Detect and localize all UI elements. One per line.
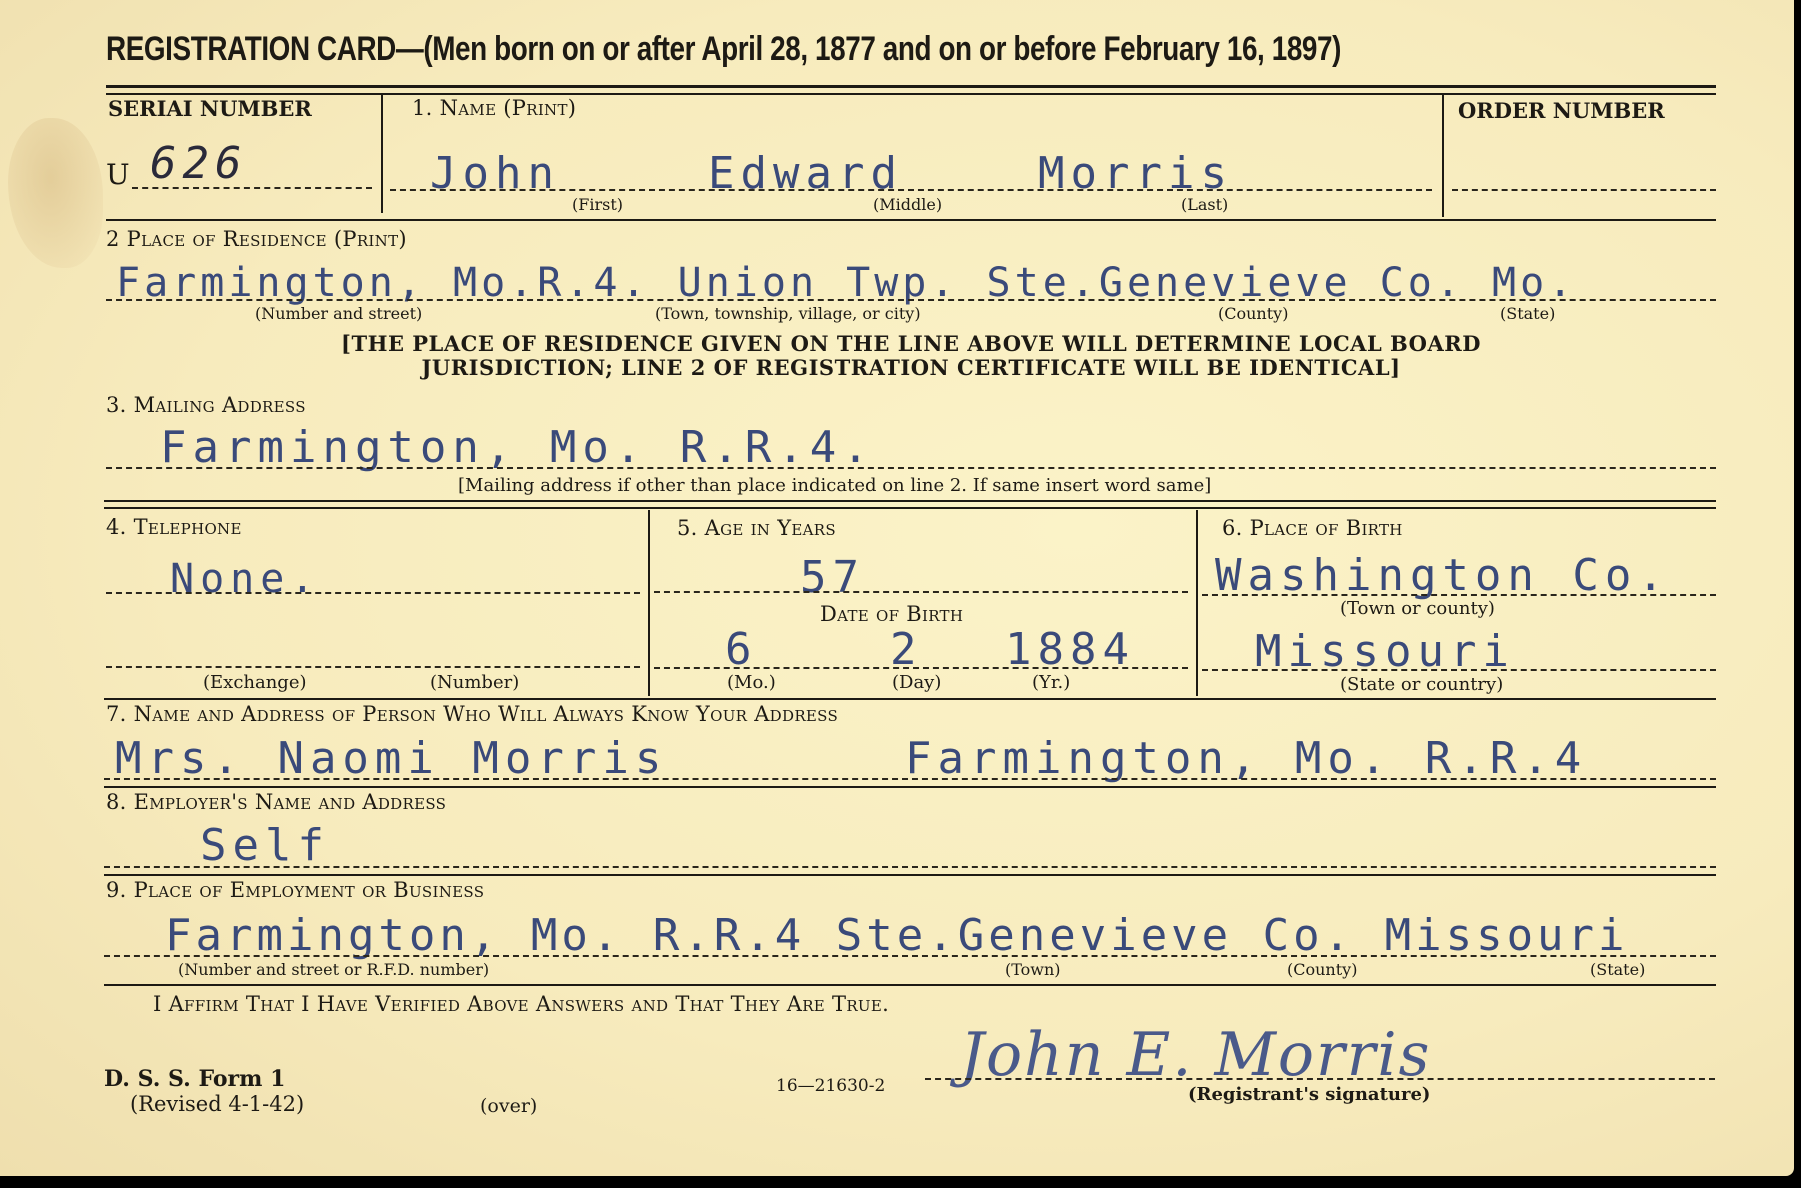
dashed-line — [106, 467, 1716, 469]
employment-value: Farmington, Mo. R.R.4 Ste.Genevieve Co. … — [165, 910, 1629, 961]
over-note: (over) — [480, 1095, 537, 1117]
rfd-caption: (Number and street or R.F.D. number) — [178, 960, 489, 979]
number-caption: (Number) — [430, 672, 519, 693]
form-name: D. S. S. Form 1 — [104, 1066, 285, 1092]
rule — [106, 93, 1716, 95]
contact-address: Farmington, Mo. R.R.4 — [905, 733, 1587, 784]
order-number-field — [1452, 189, 1716, 191]
signature-line — [925, 1078, 1715, 1080]
rule — [104, 984, 1716, 986]
state-country-caption: (State or country) — [1340, 674, 1503, 695]
dashed-line — [104, 866, 1716, 868]
jurisdiction-notice-line1: [THE PLACE OF RESIDENCE GIVEN ON THE LIN… — [106, 332, 1716, 356]
divider — [1196, 510, 1198, 696]
middle-caption: (Middle) — [873, 195, 942, 214]
serial-label: SERIAI NUMBER — [108, 96, 312, 121]
dashed-line — [390, 189, 1432, 191]
exchange-caption: (Exchange) — [203, 672, 307, 693]
order-number-label: ORDER NUMBER — [1458, 98, 1665, 123]
dashed-line — [654, 667, 1188, 669]
rule — [104, 786, 1716, 788]
age-label: 5. Age in Years — [677, 516, 836, 540]
divider — [381, 95, 383, 213]
age-value: 57 — [800, 552, 865, 603]
form-code: 16—21630-2 — [776, 1076, 885, 1096]
contact-label: 7. Name and Address of Person Who Will A… — [106, 702, 838, 726]
mo-caption: (Mo.) — [727, 672, 776, 693]
employment-label: 9. Place of Employment or Business — [106, 878, 484, 902]
employer-label: 8. Employer's Name and Address — [106, 790, 446, 814]
emp-county-caption: (County) — [1287, 960, 1357, 979]
dashed-line — [106, 666, 640, 668]
form-revised: (Revised 4-1-42) — [130, 1092, 304, 1116]
yr-caption: (Yr.) — [1032, 672, 1070, 693]
mailing-caption: [Mailing address if other than place ind… — [458, 475, 1211, 496]
dashed-line — [654, 591, 1188, 593]
card-title: REGISTRATION CARD—(Men born on or after … — [106, 30, 1341, 69]
residence-label: 2 Place of Residence (Print) — [106, 227, 407, 251]
first-caption: (First) — [572, 195, 623, 214]
telephone-label: 4. Telephone — [106, 515, 242, 539]
water-stain — [8, 118, 103, 268]
name-label: 1. Name (Print) — [412, 96, 576, 120]
dashed-line — [132, 187, 372, 189]
county-caption: (County) — [1218, 304, 1288, 323]
emp-state-caption: (State) — [1590, 960, 1645, 979]
name-last: Morris — [1038, 148, 1233, 199]
dashed-line — [106, 299, 1716, 301]
name-middle: Edward — [708, 148, 903, 199]
town-caption: (Town, township, village, or city) — [655, 304, 921, 323]
dashed-line — [1202, 594, 1716, 596]
rule — [104, 698, 1716, 700]
street-caption: (Number and street) — [255, 304, 422, 323]
emp-town-caption: (Town) — [1005, 960, 1061, 979]
serial-prefix: U — [106, 158, 130, 191]
employer-value: Self — [200, 820, 330, 871]
town-county-caption: (Town or county) — [1340, 598, 1495, 619]
last-caption: (Last) — [1181, 195, 1228, 214]
rule — [104, 507, 1716, 509]
affirmation-text: I Affirm That I Have Verified Above Answ… — [153, 992, 889, 1016]
rule — [106, 219, 1716, 221]
dob-label: Date of Birth — [820, 602, 963, 626]
mailing-label: 3. Mailing Address — [106, 393, 306, 417]
registration-card: REGISTRATION CARD—(Men born on or after … — [0, 0, 1794, 1176]
serial-value: 626 — [150, 138, 247, 189]
day-caption: (Day) — [892, 672, 941, 693]
dashed-line — [106, 592, 640, 594]
dashed-line — [1202, 669, 1716, 671]
birthplace-label: 6. Place of Birth — [1222, 516, 1403, 540]
divider — [1442, 95, 1444, 217]
dashed-line — [104, 778, 1716, 780]
mailing-value: Farmington, Mo. R.R.4. — [160, 422, 875, 473]
name-first: John — [430, 148, 560, 199]
rule — [106, 85, 1716, 88]
telephone-value: None. — [170, 556, 320, 602]
state-caption: (State) — [1500, 304, 1555, 323]
contact-name: Mrs. Naomi Morris — [115, 733, 667, 784]
dashed-line — [104, 955, 1716, 957]
rule — [104, 500, 1716, 502]
rule — [104, 874, 1716, 876]
signature-caption: (Registrant's signature) — [1188, 1084, 1430, 1105]
divider — [648, 510, 650, 696]
jurisdiction-notice-line2: JURISDICTION; LINE 2 OF REGISTRATION CER… — [106, 356, 1716, 380]
